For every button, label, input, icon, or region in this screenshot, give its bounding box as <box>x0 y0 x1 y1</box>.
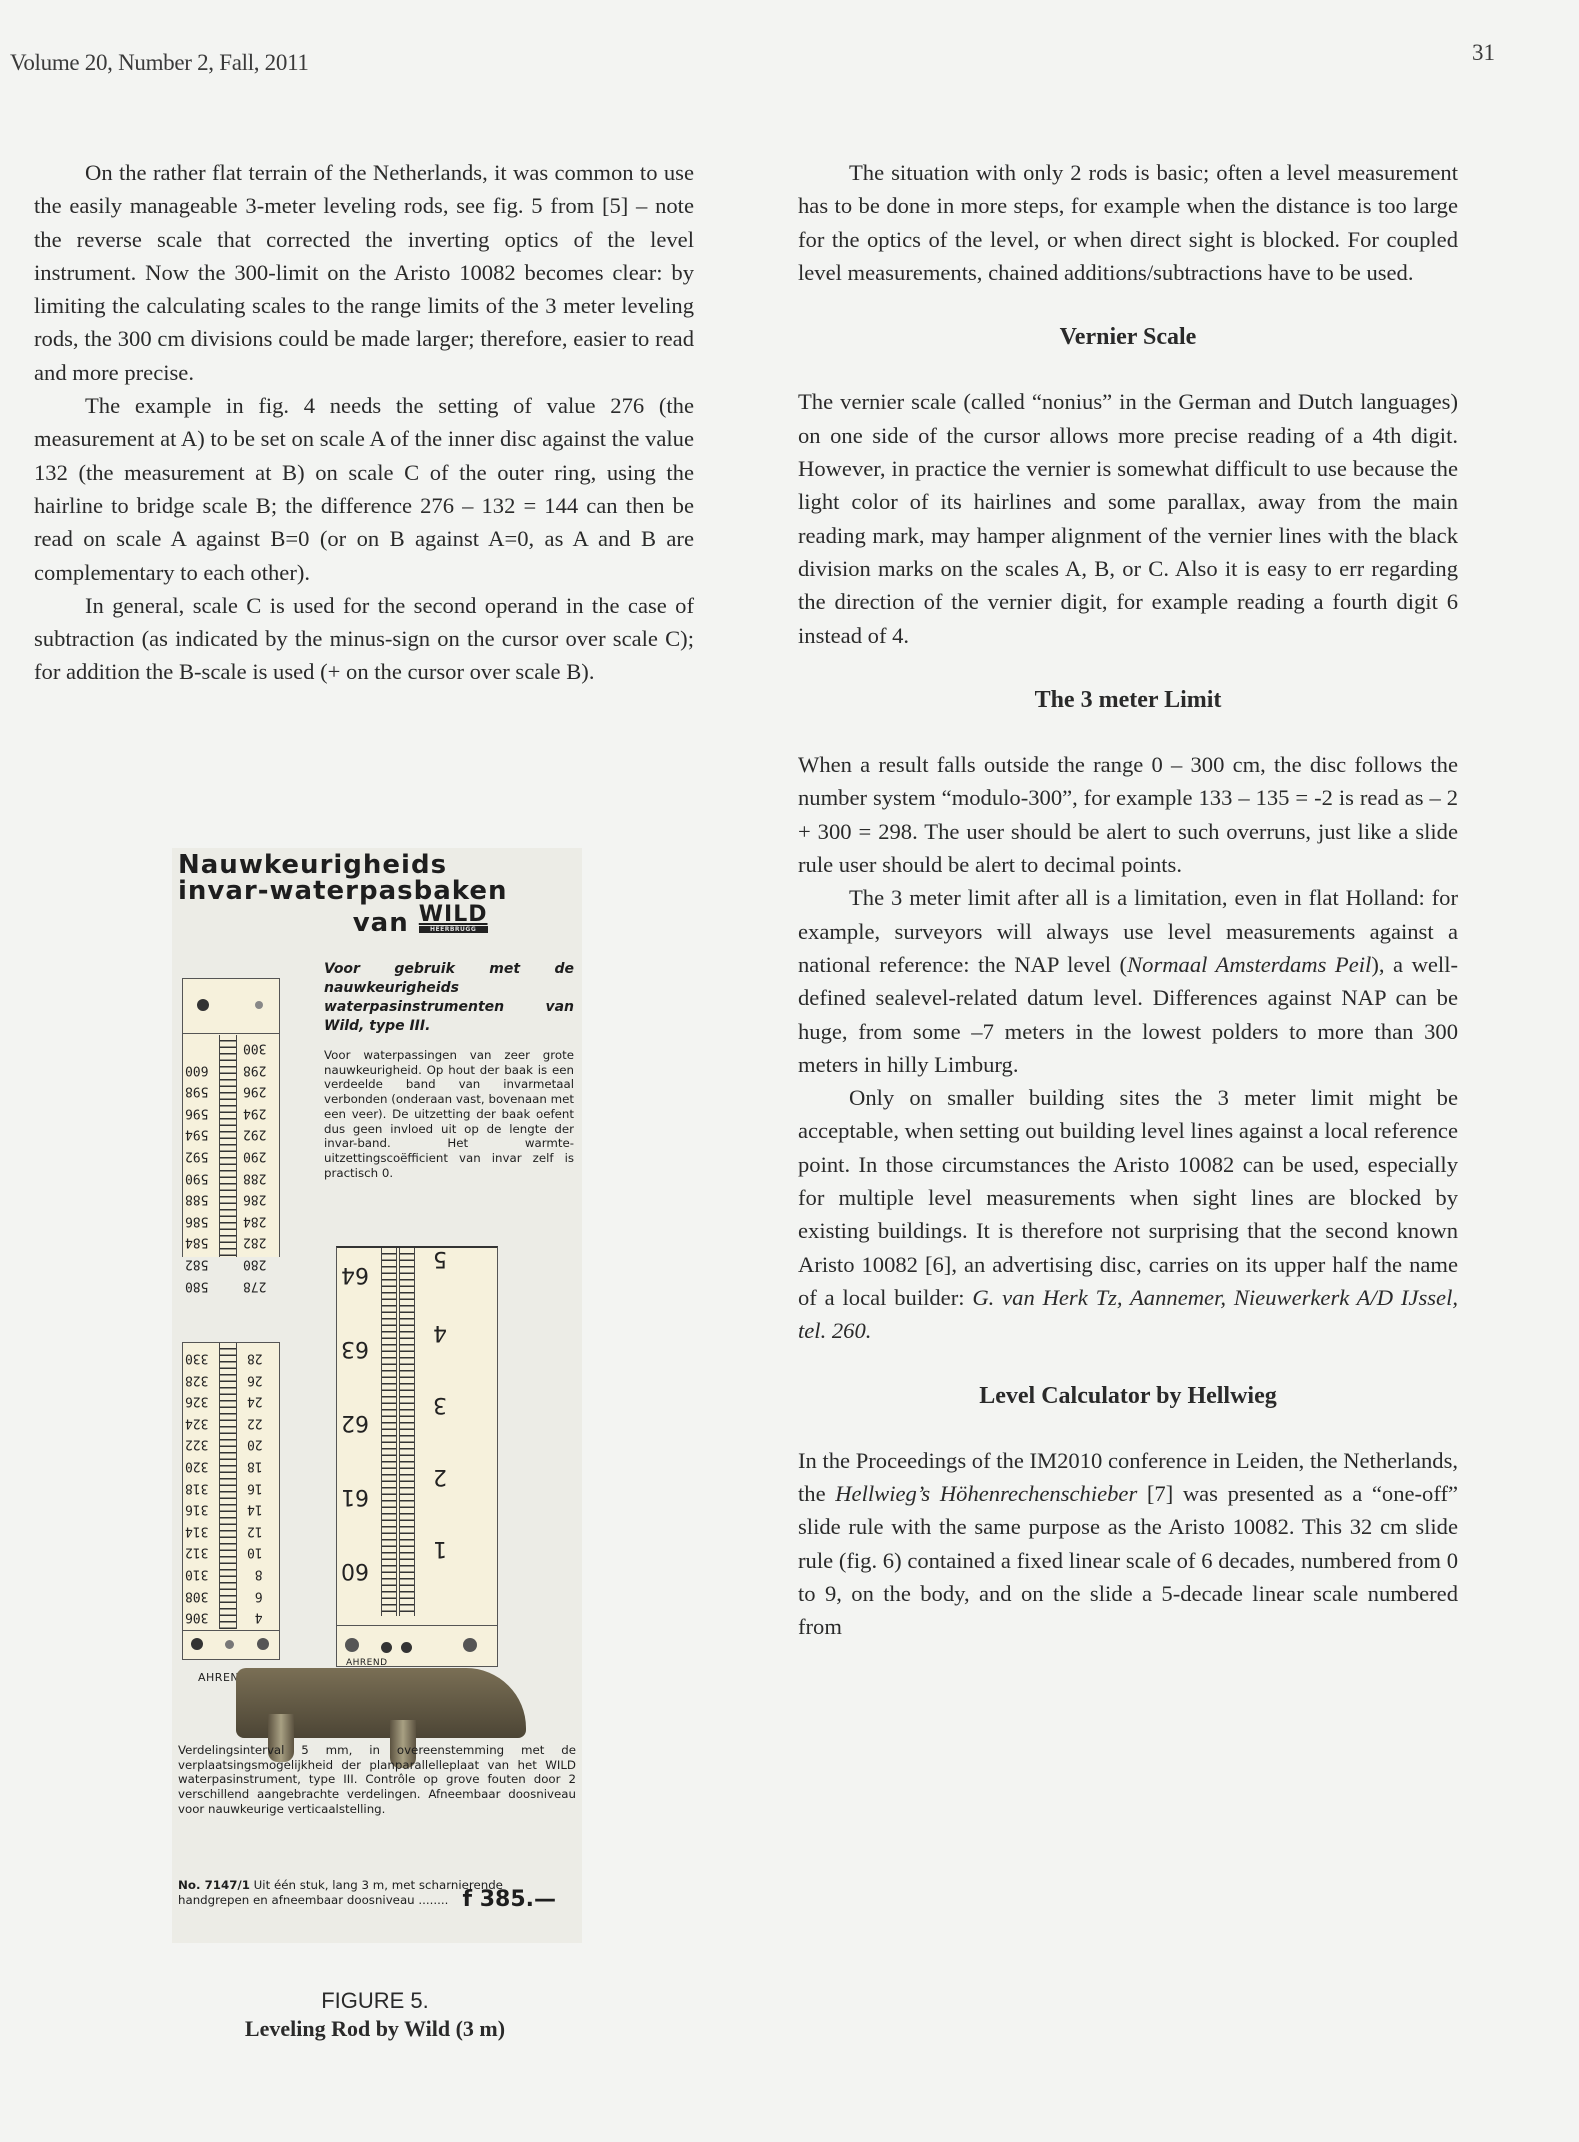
price: f 385.— <box>462 1893 556 1908</box>
right-column: The situation with only 2 rods is basic;… <box>798 156 1458 1644</box>
rod-hole-icon <box>401 1642 412 1653</box>
ad-body: Voor waterpassingen van zeer grote nauwk… <box>324 1048 574 1180</box>
brand-sub: HEERBRUGG <box>419 926 488 933</box>
rod-hole-icon <box>463 1638 477 1652</box>
rod-ticks <box>219 1343 237 1629</box>
paragraph: In general, scale C is used for the seco… <box>34 589 694 689</box>
rod-cap <box>183 979 279 1034</box>
rod-hole-icon <box>257 1638 269 1650</box>
paragraph: In the Proceedings of the IM2010 confere… <box>798 1444 1458 1644</box>
paragraph: On the rather flat terrain of the Nether… <box>34 156 694 389</box>
journal-issue: Volume 20, Number 2, Fall, 2011 <box>10 50 309 76</box>
section-heading: Vernier Scale <box>798 321 1458 354</box>
rod-scale-left: 600 598 596 594 592 590 588 586 584 582 … <box>185 1037 208 1296</box>
rod-top-segment: 600 598 596 594 592 590 588 586 584 582 … <box>182 978 280 1257</box>
brand-name: WILD <box>419 904 488 926</box>
rod-screw-icon <box>225 1640 234 1649</box>
ad-footer: Verdelingsinterval 5 mm, in overeenstemm… <box>178 1743 576 1817</box>
rod-hole-icon <box>191 1638 203 1650</box>
paragraph: When a result falls outside the range 0 … <box>798 748 1458 881</box>
figure-5-advertisement: Nauwkeurigheids invar-waterpasbaken van … <box>172 848 582 1943</box>
paragraph: The example in fig. 4 needs the setting … <box>34 389 694 589</box>
ad-title-van: van <box>353 908 409 938</box>
photo-credit: AHREND <box>346 1658 388 1668</box>
paragraph: The situation with only 2 rods is basic;… <box>798 156 1458 289</box>
rod-scale-right: 28 26 24 22 20 18 16 14 12 10 8 6 4 <box>247 1347 263 1628</box>
ad-title-line: van WILD HEERBRUGG <box>178 904 508 936</box>
paragraph: Only on smaller building sites the 3 met… <box>798 1081 1458 1347</box>
rod-ticks <box>381 1248 397 1616</box>
ad-intro: Voor gebruik met de nauwkeurigheids wate… <box>324 960 574 1036</box>
rod-ticks <box>219 1035 237 1257</box>
rod-bottom-segment: 330 328 326 324 322 320 318 316 314 312 … <box>182 1342 280 1660</box>
figure-title: Leveling Rod by Wild (3 m) <box>150 2015 600 2043</box>
paragraph: The vernier scale (called “nonius” in th… <box>798 385 1458 651</box>
ad-title: Nauwkeurigheids invar-waterpasbaken van … <box>178 852 508 936</box>
order-number: No. 7147/1 <box>178 1878 250 1892</box>
ad-order-line: No. 7147/1 Uit één stuk, lang 3 m, met s… <box>178 1878 576 1907</box>
rod-hole-icon <box>381 1642 392 1653</box>
figure-label: FIGURE 5. <box>150 1987 600 2015</box>
rod-scale-right: 300 298 296 294 292 290 288 286 284 282 … <box>243 1037 266 1296</box>
rod-hole-icon <box>197 999 209 1011</box>
rod-foot <box>183 1630 279 1659</box>
figure-caption: FIGURE 5. Leveling Rod by Wild (3 m) <box>150 1987 600 2043</box>
left-column: On the rather flat terrain of the Nether… <box>34 156 694 689</box>
page-number: 31 <box>1472 40 1495 66</box>
rod-scale-left: 330 328 326 324 322 320 318 316 314 312 … <box>185 1347 208 1628</box>
section-heading: The 3 meter Limit <box>798 684 1458 717</box>
rod-screw-icon <box>255 1001 263 1009</box>
wild-logo: WILD HEERBRUGG <box>419 904 488 933</box>
rod-closeup: 64 63 62 61 60 5 4 3 2 1 <box>336 1246 498 1667</box>
paragraph: The 3 meter limit after all is a limitat… <box>798 881 1458 1081</box>
rod-ticks <box>399 1248 415 1616</box>
rod-hole-icon <box>345 1638 359 1652</box>
section-heading: Level Calculator by Hellwieg <box>798 1380 1458 1413</box>
